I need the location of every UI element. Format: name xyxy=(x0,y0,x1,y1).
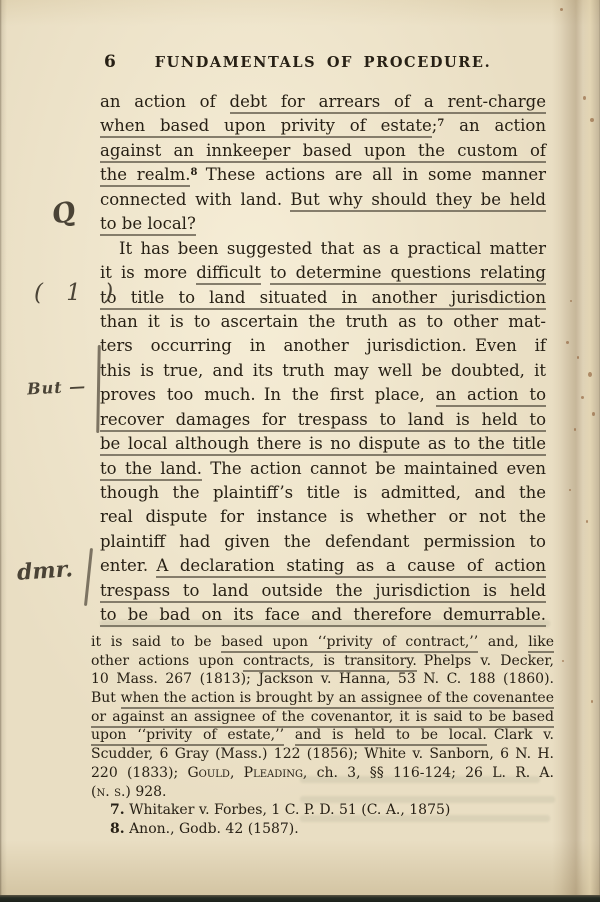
text-segment: the realm. xyxy=(100,165,190,187)
text-segment: 8. xyxy=(110,821,125,837)
text-segment: difficult xyxy=(196,263,261,285)
text-segment: 8 xyxy=(190,167,197,178)
foxing-spot xyxy=(560,8,563,11)
text-segment: other actions upon xyxy=(91,653,243,669)
foxing-spot xyxy=(566,341,569,344)
text-segment: proves too much. In the first place, xyxy=(100,385,436,404)
text-segment: Gould, Pleading, xyxy=(187,765,307,781)
foxing-spot xyxy=(592,412,595,416)
text-line: But when the action is brought by an ass… xyxy=(91,689,554,708)
text-line: when based upon privity of estate;7 an a… xyxy=(100,114,546,138)
text-segment xyxy=(284,727,295,743)
body-text: an action of debt for arrears of a rent-… xyxy=(100,90,546,628)
page-header: 6 FUNDAMENTALS OF PROCEDURE. xyxy=(0,52,600,74)
text-line: connected with land. But why should they… xyxy=(100,188,546,212)
foxing-spot xyxy=(586,520,588,523)
text-segment: than it is to ascertain the truth as to … xyxy=(100,312,546,331)
text-line: 8. Anon., Godb. 42 (1587). xyxy=(91,820,554,839)
text-segment: trespass to land outside the jurisdictio… xyxy=(100,581,546,603)
text-segment: to title to land situated in another jur… xyxy=(100,288,546,310)
margin-note-but: But — xyxy=(27,376,87,398)
show-through xyxy=(300,776,540,783)
text-segment: 928. xyxy=(131,784,167,800)
text-segment: though the plaintiff’s title is admitted… xyxy=(100,483,546,502)
book-page: 6 FUNDAMENTALS OF PROCEDURE. an action o… xyxy=(0,0,600,902)
text-segment: or against an assignee of the covenantor… xyxy=(91,709,554,728)
text-line: though the plaintiff’s title is admitted… xyxy=(100,481,546,505)
text-segment: Scudder, 6 Gray (Mass.) 122 (1856); Whit… xyxy=(91,746,554,762)
foxing-spot xyxy=(562,660,564,662)
foxing-spot xyxy=(591,700,593,703)
text-line: to the land. The action cannot be mainta… xyxy=(100,457,546,481)
foxing-spot xyxy=(588,372,592,377)
text-segment: A declaration stating as a cause of acti… xyxy=(156,556,546,578)
foxing-spot xyxy=(574,428,576,431)
text-segment: to be local? xyxy=(100,214,196,236)
show-through xyxy=(300,796,555,803)
text-segment: debt for arrears of a rent-charge xyxy=(230,92,546,114)
text-line: be local although there is no dispute as… xyxy=(100,432,546,456)
text-segment: But why should they be held xyxy=(290,190,546,212)
foxing-spot xyxy=(577,356,579,359)
text-segment: when based upon privity of estate xyxy=(100,116,432,138)
text-segment: 7 xyxy=(437,118,444,129)
text-segment: it is said to be xyxy=(91,634,221,650)
foxing-spot xyxy=(581,396,584,399)
text-line: to title to land situated in another jur… xyxy=(100,286,546,310)
text-segment: recover damages for trespass to land is … xyxy=(100,410,546,432)
text-line: to be local? xyxy=(100,212,546,236)
text-line: 10 Mass. 267 (1813); Jackson v. Hanna, 5… xyxy=(91,670,554,689)
text-line: recover damages for trespass to land is … xyxy=(100,408,546,432)
text-segment: But xyxy=(91,690,121,706)
text-segment: an action of xyxy=(100,92,230,111)
margin-pencil-line-2 xyxy=(84,548,93,606)
text-segment: Phelps v. Decker, xyxy=(417,653,554,669)
text-line: enter. A declaration stating as a cause … xyxy=(100,554,546,578)
text-line: against an innkeeper based upon the cust… xyxy=(100,139,546,163)
margin-note-one: ( 1 ) xyxy=(34,280,121,306)
text-line: than it is to ascertain the truth as to … xyxy=(100,310,546,334)
text-segment: an action to xyxy=(436,385,546,407)
footnotes: it is said to be based upon ‘‘privity of… xyxy=(91,633,554,839)
text-line: this is true, and its truth may well be … xyxy=(100,359,546,383)
text-segment: to determine questions relating xyxy=(270,263,546,285)
foxing-spot xyxy=(583,96,586,100)
text-segment: like xyxy=(528,634,554,653)
foxing-spot xyxy=(569,489,571,491)
text-line: the realm.8 These actions are all in som… xyxy=(100,163,546,187)
text-segment: Anon., Godb. 42 (1587). xyxy=(125,821,299,837)
text-segment: connected with land. xyxy=(100,190,290,209)
text-segment: (n. s.) xyxy=(91,784,131,800)
text-segment: 10 Mass. 267 (1813); Jackson v. Hanna, 5… xyxy=(91,671,554,687)
foxing-spot xyxy=(570,300,572,302)
text-segment xyxy=(261,263,270,282)
text-line: an action of debt for arrears of a rent-… xyxy=(100,90,546,114)
text-segment: be local although there is no dispute as… xyxy=(100,434,546,456)
text-segment: Clark v. xyxy=(487,727,554,743)
text-line: or against an assignee of the covenantor… xyxy=(91,708,554,727)
foxing-spot xyxy=(590,118,594,122)
text-line: real dispute for instance is whether or … xyxy=(100,505,546,529)
text-segment: plaintiff had given the defendant permis… xyxy=(100,532,546,551)
text-segment: 220 (1833); xyxy=(91,765,187,781)
text-segment: enter. xyxy=(100,556,156,575)
text-segment: real dispute for instance is whether or … xyxy=(100,507,546,526)
margin-note-dmr: dmr. xyxy=(16,556,74,586)
text-segment: when the action is brought by an assigne… xyxy=(121,690,554,709)
text-line: plaintiff had given the defendant permis… xyxy=(100,530,546,554)
show-through xyxy=(300,815,550,822)
running-header: FUNDAMENTALS OF PROCEDURE. xyxy=(100,54,546,71)
text-line: upon ‘‘privity of estate,’’ and is held … xyxy=(91,726,554,745)
text-line: it is more difficult to determine questi… xyxy=(100,261,546,285)
text-segment: an action xyxy=(444,116,546,135)
text-segment: 7. xyxy=(110,802,125,818)
text-segment: It has been suggested that as a practica… xyxy=(119,239,546,258)
text-line: ters occurring in another jurisdiction. … xyxy=(100,334,546,358)
text-segment: this is true, and its truth may well be … xyxy=(100,361,546,380)
text-segment: against an innkeeper based upon the cust… xyxy=(100,141,546,163)
text-line: it is said to be based upon ‘‘privity of… xyxy=(91,633,554,652)
text-segment: to the land. xyxy=(100,459,202,481)
text-line: trespass to land outside the jurisdictio… xyxy=(100,579,546,603)
margin-note-q: Q xyxy=(49,196,78,231)
text-segment: The action cannot be maintained even xyxy=(202,459,546,478)
text-line: It has been suggested that as a practica… xyxy=(100,237,546,261)
text-segment: contracts, is transitory. xyxy=(243,653,417,672)
text-segment: and, xyxy=(478,634,528,650)
text-line: Scudder, 6 Gray (Mass.) 122 (1856); Whit… xyxy=(91,745,554,764)
text-segment: upon ‘‘privity of estate,’’ xyxy=(91,727,284,746)
text-segment: based upon ‘‘privity of contract,’’ xyxy=(221,634,478,653)
text-segment: ters occurring in another jurisdiction. … xyxy=(100,336,546,355)
show-through xyxy=(100,620,550,627)
text-line: proves too much. In the first place, an … xyxy=(100,383,546,407)
text-segment: and is held to be local. xyxy=(295,727,487,746)
text-line: other actions upon contracts, is transit… xyxy=(91,652,554,671)
book-edge-shadow xyxy=(0,895,600,902)
text-segment: These actions are all in some manner xyxy=(197,165,546,184)
